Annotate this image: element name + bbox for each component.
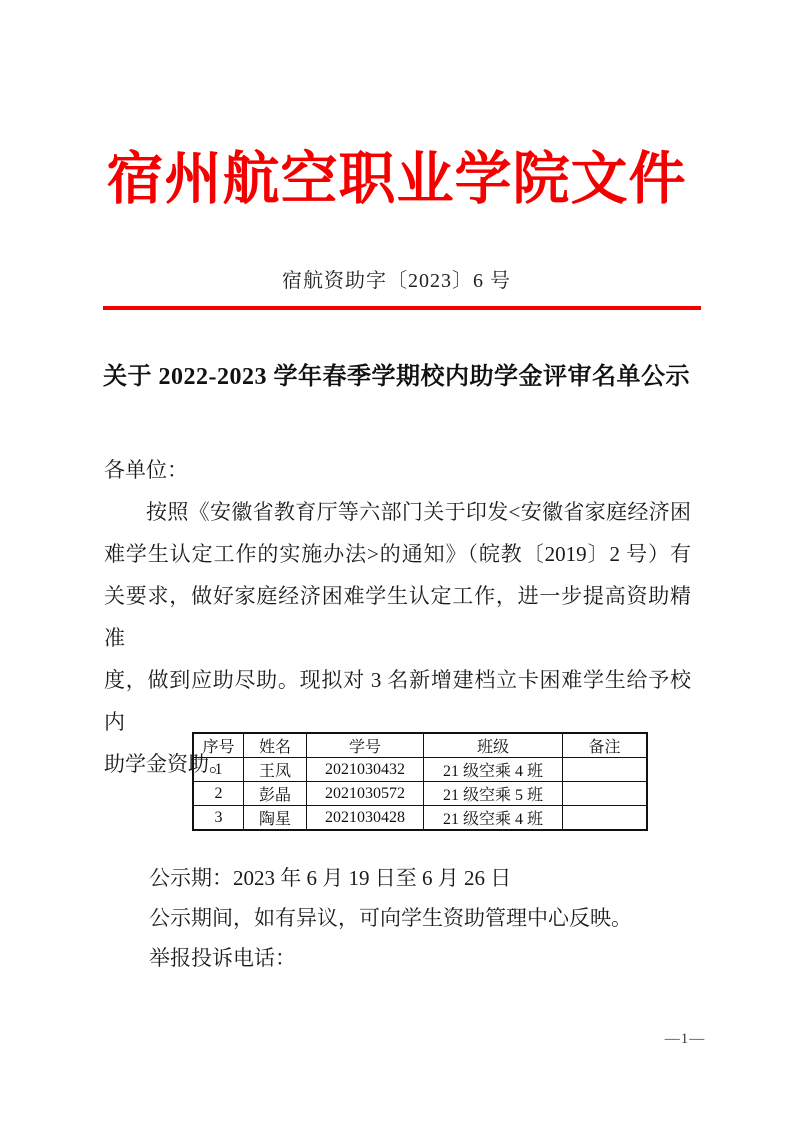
body-line: 度，做到应助尽助。现拟对 3 名新增建档立卡困难学生给予校内 bbox=[104, 659, 691, 743]
cell-class: 21 级空乘 5 班 bbox=[424, 782, 563, 806]
salutation: 各单位： bbox=[104, 449, 691, 491]
document-number: 宿航资助字〔2023〕6 号 bbox=[0, 264, 793, 293]
red-divider-line bbox=[103, 306, 701, 310]
report-phone-line: 举报投诉电话： bbox=[149, 938, 709, 978]
table-header-row: 序号 姓名 学号 班级 备注 bbox=[193, 733, 647, 758]
table-row: 1 王凤 2021030432 21 级空乘 4 班 bbox=[193, 758, 647, 782]
cell-class: 21 级空乘 4 班 bbox=[424, 758, 563, 782]
notice-title: 关于 2022-2023 学年春季学期校内助学金评审名单公示 bbox=[0, 356, 793, 391]
cell-index: 1 bbox=[193, 758, 244, 782]
table-row: 3 陶星 2021030428 21 级空乘 4 班 bbox=[193, 806, 647, 831]
cell-student-id: 2021030572 bbox=[307, 782, 424, 806]
cell-remark bbox=[563, 806, 648, 831]
cell-index: 2 bbox=[193, 782, 244, 806]
cell-name: 王凤 bbox=[244, 758, 307, 782]
body-line: 按照《安徽省教育厅等六部门关于印发<安徽省家庭经济困 bbox=[104, 491, 691, 533]
publicity-period-line: 公示期：2023 年 6 月 19 日至 6 月 26 日 bbox=[149, 858, 709, 898]
agency-title: 宿州航空职业学院文件 bbox=[0, 144, 793, 215]
objection-line: 公示期间，如有异议，可向学生资助管理中心反映。 bbox=[149, 898, 709, 938]
footer-text: 公示期：2023 年 6 月 19 日至 6 月 26 日 公示期间，如有异议，… bbox=[149, 858, 709, 978]
cell-student-id: 2021030432 bbox=[307, 758, 424, 782]
aid-roster-table: 序号 姓名 学号 班级 备注 1 王凤 2021030432 21 级空乘 4 … bbox=[192, 732, 648, 831]
cell-class: 21 级空乘 4 班 bbox=[424, 806, 563, 831]
table-row: 2 彭晶 2021030572 21 级空乘 5 班 bbox=[193, 782, 647, 806]
cell-student-id: 2021030428 bbox=[307, 806, 424, 831]
page-number: —1— bbox=[655, 1031, 715, 1048]
cell-remark bbox=[563, 758, 648, 782]
cell-name: 陶星 bbox=[244, 806, 307, 831]
column-header-class: 班级 bbox=[424, 733, 563, 758]
body-line: 难学生认定工作的实施办法>的通知》（皖教〔2019〕2 号）有 bbox=[104, 533, 691, 575]
column-header-index: 序号 bbox=[193, 733, 244, 758]
cell-name: 彭晶 bbox=[244, 782, 307, 806]
cell-index: 3 bbox=[193, 806, 244, 831]
column-header-name: 姓名 bbox=[244, 733, 307, 758]
column-header-student-id: 学号 bbox=[307, 733, 424, 758]
column-header-remark: 备注 bbox=[563, 733, 648, 758]
document-page: 宿州航空职业学院文件 宿航资助字〔2023〕6 号 关于 2022-2023 学… bbox=[0, 0, 793, 1122]
cell-remark bbox=[563, 782, 648, 806]
body-line: 关要求，做好家庭经济困难学生认定工作，进一步提高资助精准 bbox=[104, 575, 691, 659]
